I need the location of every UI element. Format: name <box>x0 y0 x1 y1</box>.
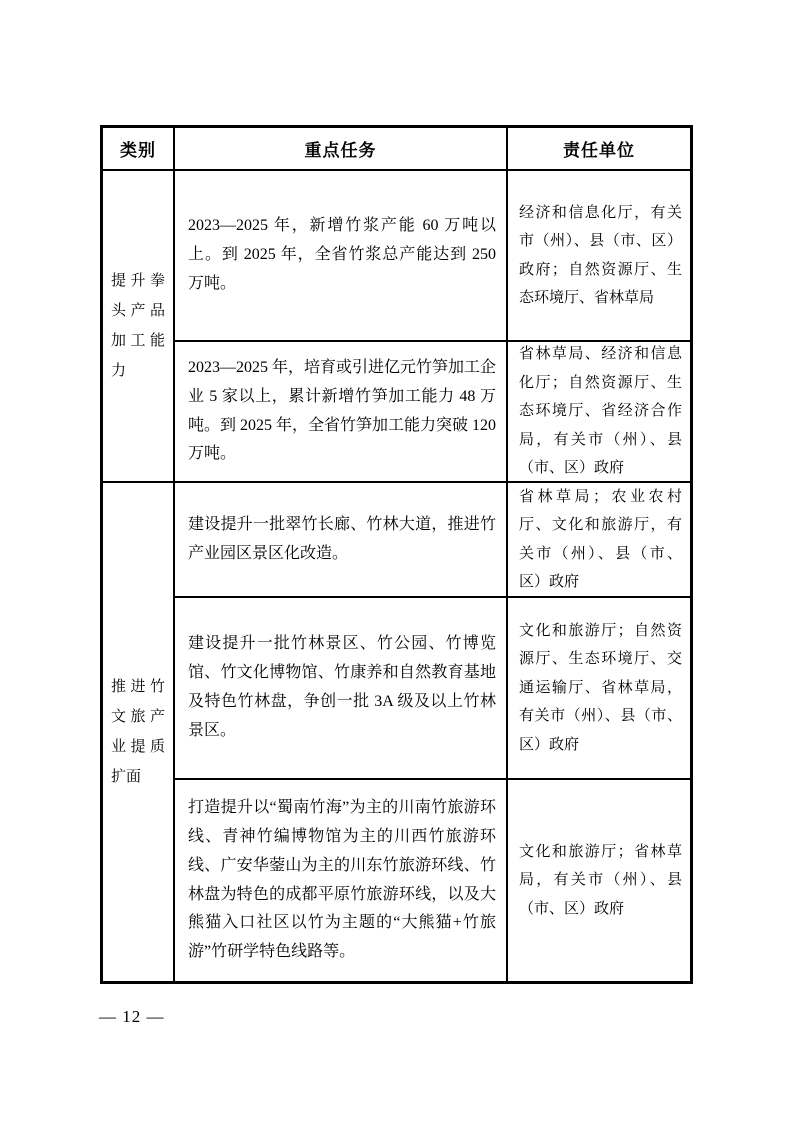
task-text: 建设提升一批竹林景区、竹公园、竹博览馆、竹文化博物馆、竹康养和自然教育基地及特色… <box>188 630 496 745</box>
responsible-unit-cell: 省林草局；农业农村厅、文化和旅游厅，有关市（州）、县（市、区）政府 <box>507 482 691 597</box>
document-page: { "table": { "headers": ["类别", "重点任务", "… <box>0 0 794 1123</box>
task-cell: 建设提升一批竹林景区、竹公园、竹博览馆、竹文化博物馆、竹康养和自然教育基地及特色… <box>174 597 507 779</box>
task-table: 类别 重点任务 责任单位 提升拳头产品加工能力 2023—2025 年，新增竹浆… <box>100 125 693 984</box>
page-number: — 12 — <box>99 1007 165 1027</box>
responsible-unit-text: 省林草局；农业农村厅、文化和旅游厅，有关市（州）、县（市、区）政府 <box>519 483 682 597</box>
header-label-responsible-unit: 责任单位 <box>508 136 690 161</box>
responsible-unit-cell: 文化和旅游厅；省林草局，有关市（州）、县（市、区）政府 <box>507 779 691 982</box>
responsible-unit-cell: 文化和旅游厅；自然资源厅、生态环境厅、交通运输厅、省林草局，有关市（州）、县（市… <box>507 597 691 779</box>
task-cell: 2023—2025 年，培育或引进亿元竹笋加工企业 5 家以上，累计新增竹笋加工… <box>174 341 507 482</box>
header-cell-key-tasks: 重点任务 <box>174 127 507 170</box>
task-cell: 建设提升一批翠竹长廊、竹林大道，推进竹产业园区景区化改造。 <box>174 482 507 597</box>
category-cell-culture-tourism: 推进竹文旅产业提质扩面 <box>102 482 174 982</box>
responsible-unit-text: 经济和信息化厅，有关市（州）、县（市、区）政府；自然资源厅、生态环境厅、省林草局 <box>519 199 682 313</box>
task-text: 建设提升一批翠竹长廊、竹林大道，推进竹产业园区景区化改造。 <box>188 511 496 569</box>
header-cell-responsible-unit: 责任单位 <box>507 127 691 170</box>
responsible-unit-text: 省林草局、经济和信息化厅；自然资源厅、生态环境厅、省经济合作局，有关市（州）、县… <box>519 341 682 482</box>
task-text: 2023—2025 年，新增竹浆产能 60 万吨以上。到 2025 年，全省竹浆… <box>188 212 496 298</box>
responsible-unit-text: 文化和旅游厅；自然资源厅、生态环境厅、交通运输厅、省林草局，有关市（州）、县（市… <box>519 617 682 760</box>
task-cell: 打造提升以“蜀南竹海”为主的川南竹旅游环线、青神竹编博物馆为主的川西竹旅游环线、… <box>174 779 507 982</box>
header-cell-category: 类别 <box>102 127 174 170</box>
responsible-unit-cell: 省林草局、经济和信息化厅；自然资源厅、生态环境厅、省经济合作局，有关市（州）、县… <box>507 341 691 482</box>
responsible-unit-text: 文化和旅游厅；省林草局，有关市（州）、县（市、区）政府 <box>519 838 682 924</box>
task-text: 2023—2025 年，培育或引进亿元竹笋加工企业 5 家以上，累计新增竹笋加工… <box>188 354 496 469</box>
responsible-unit-cell: 经济和信息化厅，有关市（州）、县（市、区）政府；自然资源厅、生态环境厅、省林草局 <box>507 170 691 341</box>
category-label: 推进竹文旅产业提质扩面 <box>111 672 165 792</box>
task-text: 打造提升以“蜀南竹海”为主的川南竹旅游环线、青神竹编博物馆为主的川西竹旅游环线、… <box>188 794 496 967</box>
task-cell: 2023—2025 年，新增竹浆产能 60 万吨以上。到 2025 年，全省竹浆… <box>174 170 507 341</box>
header-label-key-tasks: 重点任务 <box>175 136 506 161</box>
category-cell-processing-capacity: 提升拳头产品加工能力 <box>102 170 174 482</box>
category-label: 提升拳头产品加工能力 <box>111 266 165 386</box>
header-label-category: 类别 <box>103 136 173 161</box>
